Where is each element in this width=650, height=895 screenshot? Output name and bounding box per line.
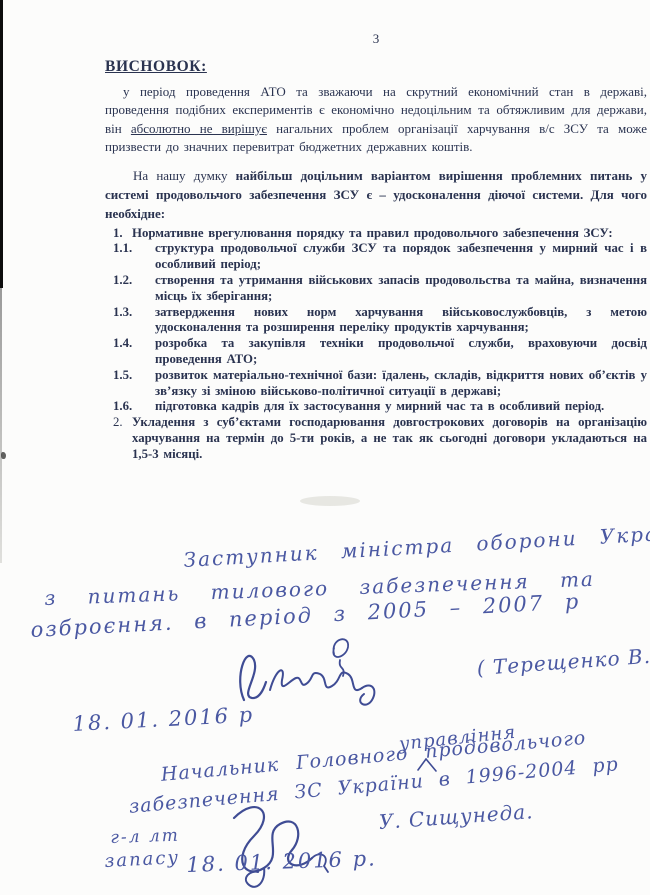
handwritten-date-2: 18. 01. 2016 р. xyxy=(186,846,377,877)
list-item: 1.1. структура продовольчої служби ЗСУ т… xyxy=(105,241,647,273)
scan-edge-artifact-top xyxy=(0,0,3,288)
list-item-number: 1.4. xyxy=(113,336,132,352)
list-item-text: затвердження нових норм харчування війсь… xyxy=(155,305,647,335)
list-item-text: структура продовольчої служби ЗСУ та пор… xyxy=(155,241,647,271)
list-item: 1.2. створення та утримання військових з… xyxy=(105,273,647,305)
scan-smudge xyxy=(300,496,360,506)
paragraph-1-underlined-phrase: абсолютно не вирішує xyxy=(131,121,267,136)
numbered-list: 1. Нормативне врегулювання порядку та пр… xyxy=(105,226,647,463)
list-item-text: підготовка кадрів для їх застосування у … xyxy=(155,399,604,413)
list-item: 1.5. розвиток матеріально-технічної бази… xyxy=(105,368,647,400)
list-item-number: 1.3. xyxy=(113,305,132,321)
list-item-text: розробка та закупівля техніки продовольч… xyxy=(155,336,647,366)
handwritten-rank-line-1: г-л лт xyxy=(110,826,180,848)
typed-text-block: ВИСНОВОК: у період проведення АТО та зва… xyxy=(105,58,647,463)
scanned-document-page: 3 ВИСНОВОК: у період проведення АТО та з… xyxy=(0,0,650,895)
scan-edge-artifact-fade xyxy=(0,288,2,563)
paragraph-economic-assessment: у період проведення АТО та зважаючи на с… xyxy=(105,83,647,157)
list-item: 2. Укладення з суб’єктами господарювання… xyxy=(105,415,647,462)
document-heading: ВИСНОВОК: xyxy=(105,58,647,76)
list-item-number: 2. xyxy=(113,415,123,431)
list-item-text: Укладення з суб’єктами господарювання до… xyxy=(132,415,647,461)
list-item-number: 1.5. xyxy=(113,368,132,384)
list-item-number: 1.2. xyxy=(113,273,132,289)
paragraph-recommendation: На нашу думку найбільш доцільним варіант… xyxy=(105,166,647,223)
list-item: 1.3. затвердження нових норм харчування … xyxy=(105,305,647,337)
list-item-number: 1.1. xyxy=(113,241,132,257)
insertion-caret-icon xyxy=(416,758,438,772)
handwritten-date-1: 18. 01. 2016 р xyxy=(72,702,255,735)
handwritten-name-in-parens: ( Терещенко В.і. ) xyxy=(476,642,650,680)
handwritten-position-line-2: з питань тилового забезпечення та xyxy=(44,567,595,610)
list-item-text: Нормативне врегулювання порядку та прави… xyxy=(132,226,613,240)
handwritten-name-2: У. Сищунеда. xyxy=(378,799,534,834)
handwritten-position-line-3: озброєння. в період з 2005 – 2007 р xyxy=(30,589,581,642)
handwritten-position-line-5: забезпечення ЗС України в 1996-2004 рр xyxy=(128,753,620,818)
signature-tereschenko-scribble xyxy=(230,634,395,712)
handwritten-position-line-1: Заступник міністра оборони України xyxy=(183,519,650,572)
list-item-number: 1.6. xyxy=(113,399,132,415)
list-item-number: 1. xyxy=(113,226,123,242)
handwritten-position-line-4: Начальник Головного продовольчого xyxy=(160,727,587,786)
list-item-text: розвиток матеріально-технічної бази: їда… xyxy=(155,368,647,398)
signature-sivushenko-scribble xyxy=(200,792,375,892)
handwritten-rank-line-2: запасу xyxy=(104,847,180,872)
list-item: 1.6. підготовка кадрів для їх застосуван… xyxy=(105,399,647,415)
list-item: 1. Нормативне врегулювання порядку та пр… xyxy=(105,226,647,242)
list-item: 1.4. розробка та закупівля техніки продо… xyxy=(105,336,647,368)
paragraph-2-lead: На нашу думку xyxy=(133,168,236,183)
page-number: 3 xyxy=(105,31,647,47)
scan-edge-speck xyxy=(1,452,6,459)
list-item-text: створення та утримання військових запасі… xyxy=(155,273,647,303)
handwritten-inserted-word: управління xyxy=(398,722,517,755)
